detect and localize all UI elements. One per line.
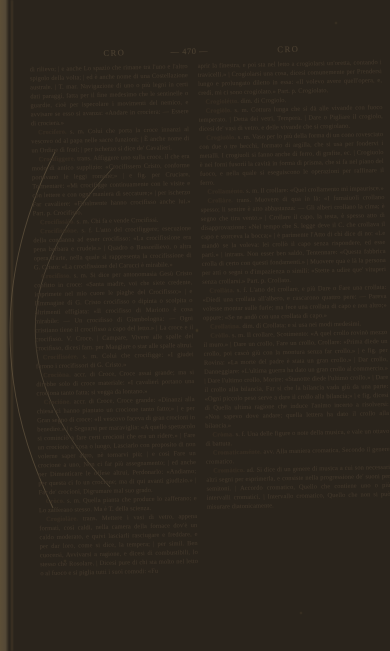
header-keyword-right: CRO	[256, 43, 320, 54]
foxing-speck	[196, 329, 198, 332]
entry-term: Crollàta.	[209, 287, 237, 295]
dictionary-entry: Crogiòlo. s. m. Cottura lunga che si dà …	[199, 103, 384, 134]
entry-term: Cròco.	[46, 498, 67, 505]
dictionary-entry: aprir la finestra, e poi sta nel letto a…	[198, 58, 383, 98]
dictionary-entry: Crocifissióne. s. f. L'atto del crocifig…	[33, 224, 192, 272]
header-keyword-left: CRO	[82, 47, 146, 58]
entry-term: Cromaticaménte.	[213, 449, 264, 457]
dictionary-entry: Crociòna. accr. di Croce, Croce assai gr…	[36, 368, 195, 398]
dictionary-entry: Crocióne. accr. di Croce, Croce grande: …	[37, 395, 197, 497]
entry-term: Crogiòlo.	[206, 107, 235, 115]
dictionary-entry: Crollàta. s. f. L'atto del crollare, e p…	[202, 283, 387, 323]
entry-term: Crogiuòlo.	[206, 134, 238, 142]
entry-term: Crocifissóre.	[43, 353, 83, 361]
dictionary-entry: Crogiolàre. trans. Mettere i vasi di vet…	[39, 512, 198, 578]
dictionary-entry: Crocifisso. s. m. Si dice per antonomasi…	[34, 269, 194, 353]
column-left: di rilievo; | e anche Lo spazio che rima…	[30, 62, 199, 579]
dictionary-entry: Crollàre. trans. Muovere di qua in là: «…	[200, 193, 386, 287]
dictionary-entry: Cròllo. s. m. Il crollare, Scotimento: «…	[203, 328, 389, 431]
column-right: aprir la finestra, e poi sta nel letto a…	[198, 58, 390, 579]
entry-term: Crocifissàio.	[40, 218, 77, 226]
foxing-speck	[64, 560, 66, 562]
entry-term: Crociòna.	[43, 372, 74, 380]
dictionary-entry: di rilievo; | e anche Lo spazio che rima…	[30, 62, 189, 128]
scanned-page: CRO — 470 — CRO di rilievo; | e anche Lo…	[0, 0, 390, 651]
dictionary-entry: Cromàtico. ad. Si dice di un genere di m…	[206, 463, 390, 512]
entry-term: Cròma.	[212, 431, 235, 438]
dictionary-entry: Crocifìggere. trans. Affiggere uno sulla…	[32, 152, 191, 218]
foxing-speck	[335, 22, 337, 24]
header-page-number: — 470 —	[147, 45, 231, 57]
entry-term: Crollatìna.	[210, 323, 242, 331]
entry-term: Crollaménto.	[207, 188, 246, 196]
page-content: CRO — 470 — CRO di rilievo; | e anche Lo…	[0, 0, 390, 651]
entry-term: Crocifissióne.	[40, 227, 82, 235]
entry-term: Crocióne.	[44, 399, 74, 407]
dictionary-entry: Crocìfero. s. m. Colui che porta la croc…	[31, 125, 190, 155]
entry-term: Crocifìggere.	[39, 155, 78, 163]
entry-term: Crocìfero.	[38, 129, 70, 137]
entry-term: Crollàre.	[207, 197, 236, 205]
entry-term: Crocifisso.	[41, 273, 74, 281]
entry-term: Cromàtico.	[213, 467, 247, 475]
entry-term: Crogiolétto.	[205, 98, 240, 106]
entry-term: Cròllo.	[210, 332, 232, 339]
entry-term: Crogiolàre.	[46, 515, 83, 523]
dictionary-entry: Crogiuòlo. s. m. Vaso per lo più della f…	[199, 130, 384, 188]
foxing-speck	[300, 612, 302, 614]
